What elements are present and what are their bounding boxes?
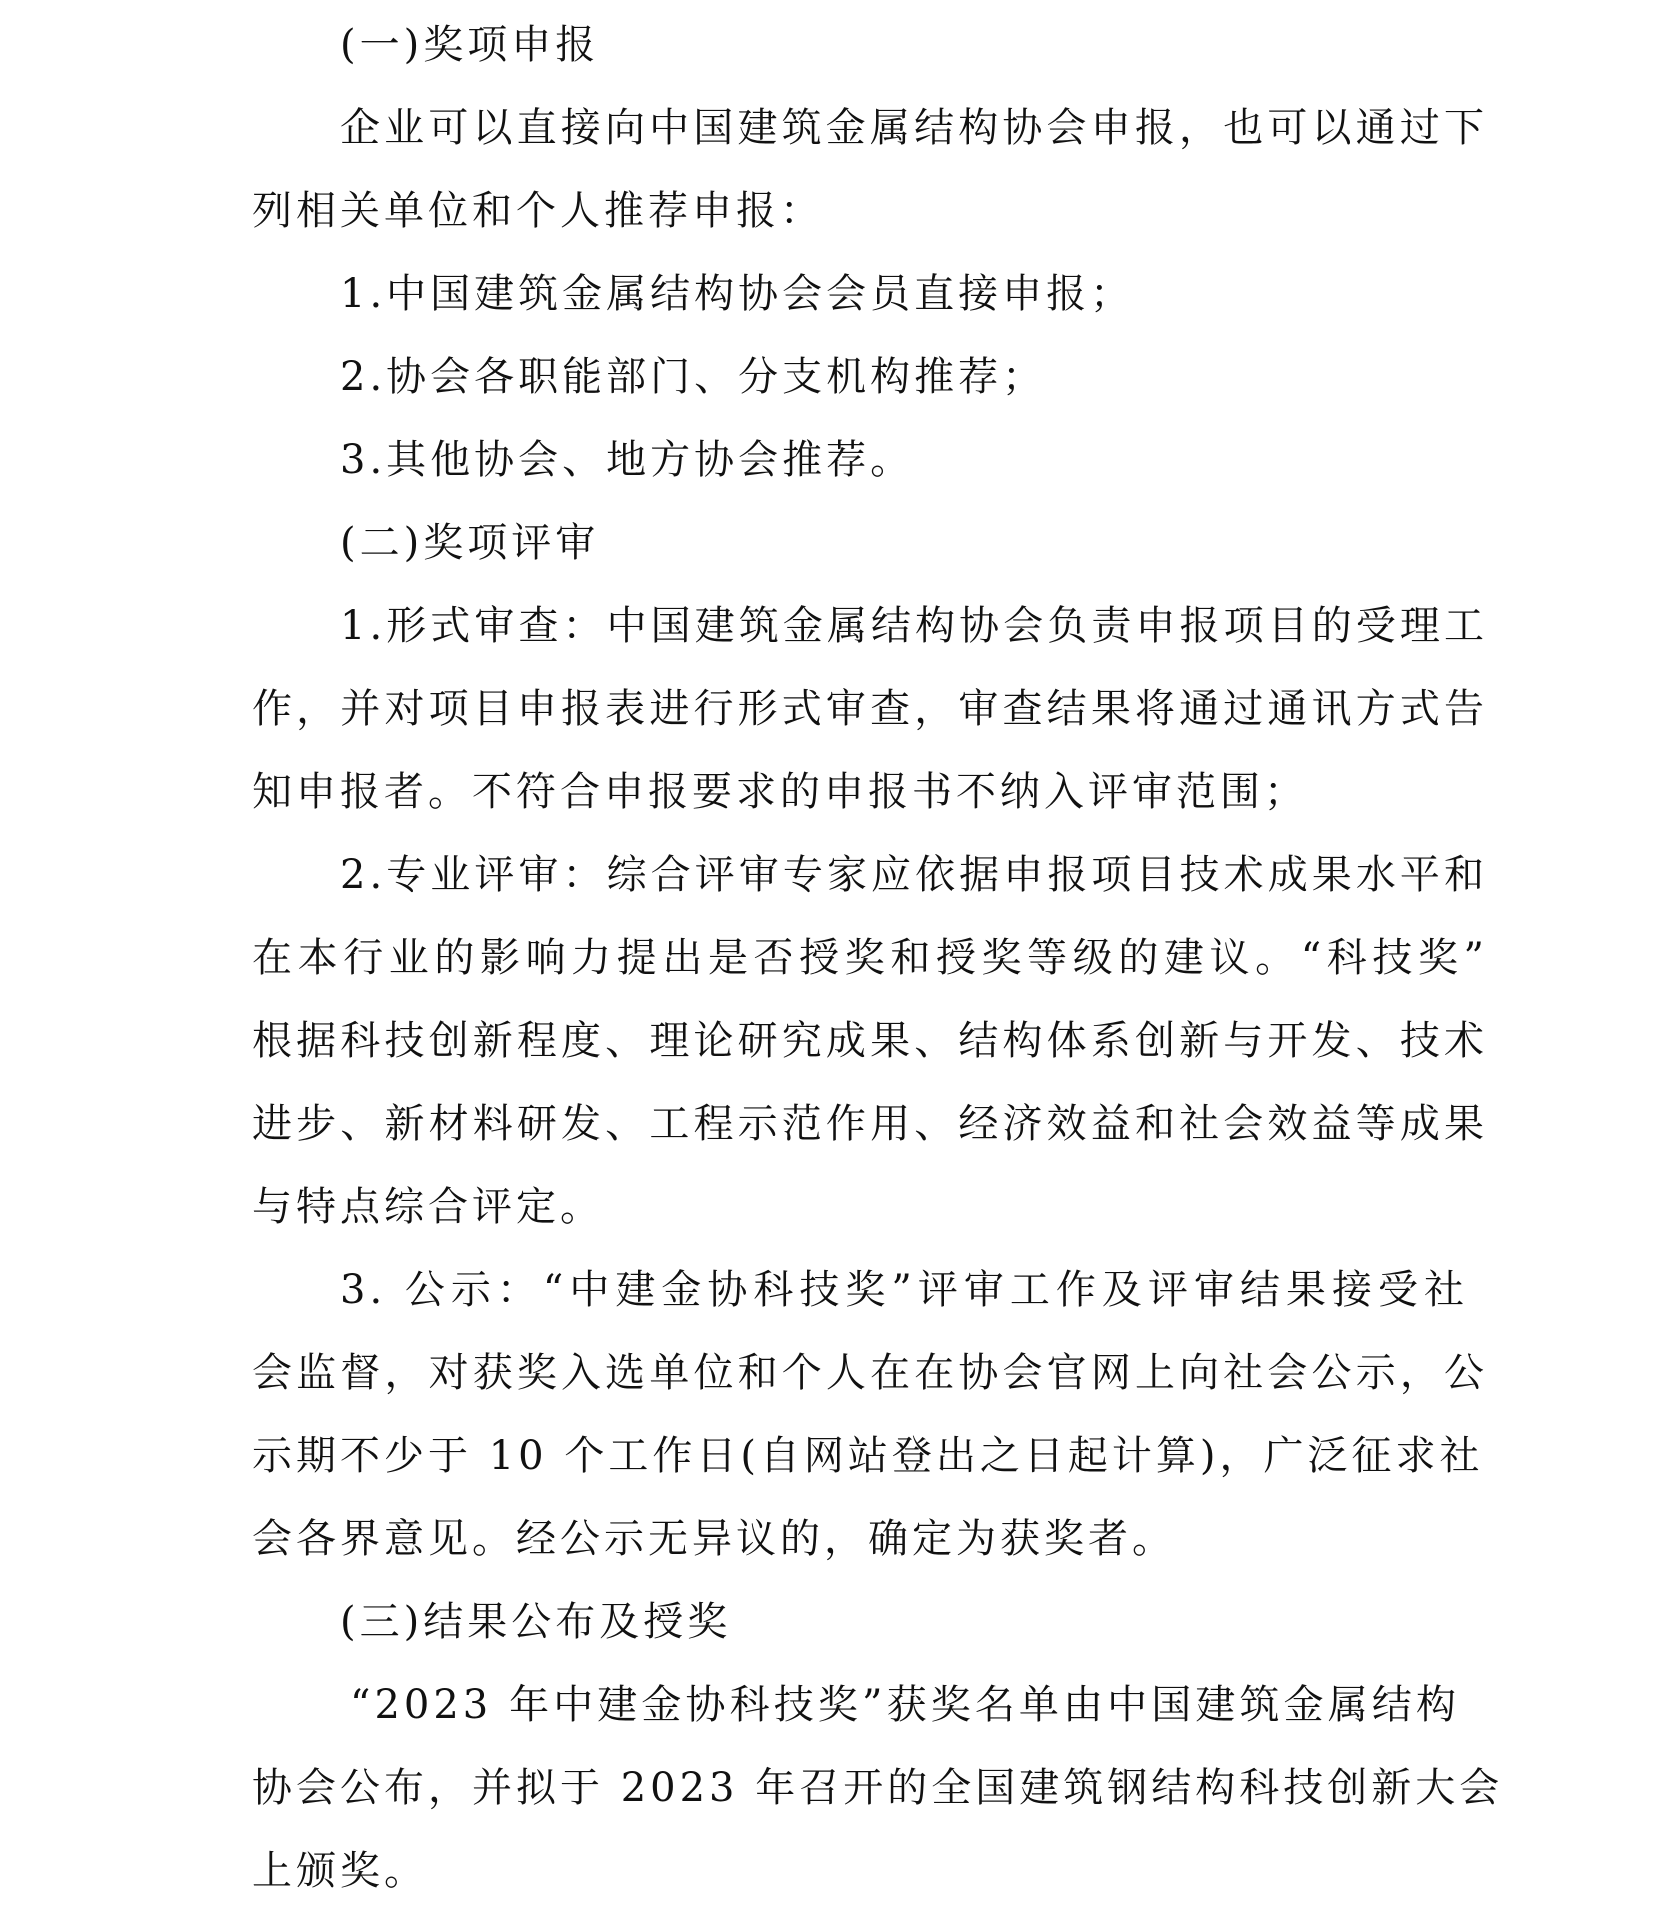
paragraph-line: 会各界意见。经公示无异议的，确定为获奖者。 (252, 1498, 1176, 1581)
paragraph-line: 作，并对项目申报表进行形式审查，审查结果将通过通讯方式告 (252, 668, 1488, 751)
list-item: 1.中国建筑金属结构协会会员直接申报； (340, 253, 1134, 336)
paragraph-line: 知申报者。不符合申报要求的申报书不纳入评审范围； (252, 751, 1308, 834)
paragraph-line: 1.形式审查：中国建筑金属结构协会负责申报项目的受理工 (340, 585, 1488, 668)
paragraph-line: 上颁奖。 (252, 1830, 428, 1908)
paragraph-line: 会监督，对获奖入选单位和个人在在协会官网上向社会公示，公 (252, 1332, 1488, 1415)
document-page: (一)奖项申报 企业可以直接向中国建筑金属结构协会申报，也可以通过下 列相关单位… (0, 0, 1654, 1908)
paragraph-line: 2.专业评审：综合评审专家应依据申报项目技术成果水平和 (340, 834, 1488, 917)
paragraph-line: “2023 年中建金协科技奖”获奖名单由中国建筑金属结构 (350, 1664, 1460, 1747)
section-heading-review: (二)奖项评审 (340, 502, 599, 585)
paragraph-line: 与特点综合评定。 (252, 1166, 604, 1249)
section-heading-results: (三)结果公布及授奖 (340, 1581, 731, 1664)
paragraph-line: 3. 公示：“中建金协科技奖”评审工作及评审结果接受社 (340, 1249, 1468, 1332)
paragraph-line: 企业可以直接向中国建筑金属结构协会申报，也可以通过下 (340, 87, 1488, 170)
paragraph-line: 根据科技创新程度、理论研究成果、结构体系创新与开发、技术 (252, 1000, 1488, 1083)
paragraph-line: 协会公布，并拟于 2023 年召开的全国建筑钢结构科技创新大会 (252, 1747, 1468, 1830)
list-item: 3.其他协会、地方协会推荐。 (340, 419, 914, 502)
paragraph-line: 示期不少于 10 个工作日(自网站登出之日起计算)，广泛征求社 (252, 1415, 1468, 1498)
paragraph-line: 列相关单位和个人推荐申报： (252, 170, 824, 253)
paragraph-line: 在本行业的影响力提出是否授奖和授奖等级的建议。“科技奖” (252, 917, 1488, 1000)
paragraph-line: 进步、新材料研发、工程示范作用、经济效益和社会效益等成果 (252, 1083, 1488, 1166)
list-item: 2.协会各职能部门、分支机构推荐； (340, 336, 1046, 419)
section-heading-application: (一)奖项申报 (340, 4, 599, 87)
